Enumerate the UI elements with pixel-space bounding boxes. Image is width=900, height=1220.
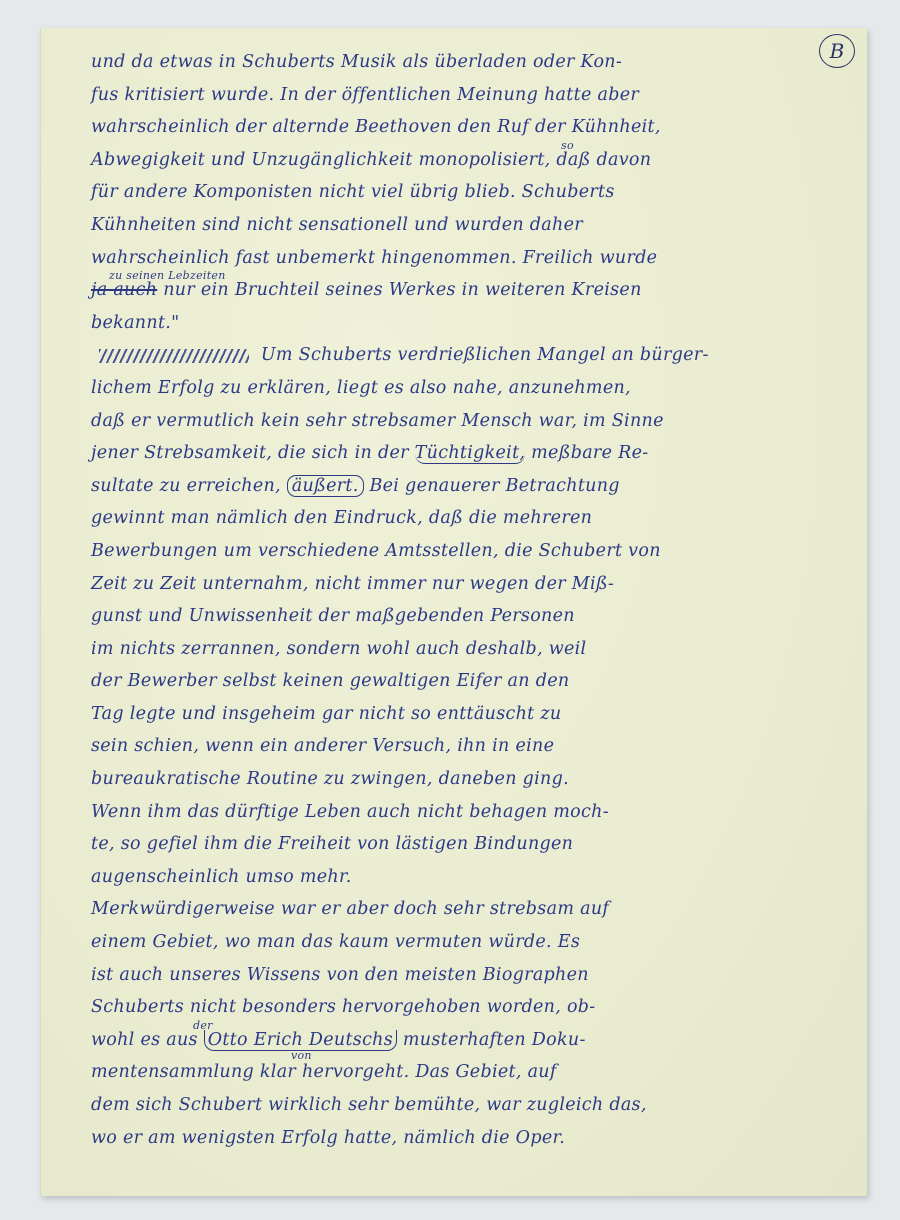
text-line: im nichts zerrannen, sondern wohl auch d…: [91, 633, 866, 666]
text-line: gewinnt man nämlich den Eindruck, daß di…: [91, 502, 866, 535]
text-line-content: nur ein Bruchteil seines Werkes in weite…: [163, 280, 641, 300]
text-line-content: Um Schuberts verdrießlichen Mangel an bü…: [261, 345, 709, 365]
text-line: von mentensammlung klar hervorgeht. Das …: [91, 1056, 866, 1089]
text-line: bureaukratische Routine zu zwingen, dane…: [91, 763, 866, 796]
text-line: einem Gebiet, wo man das kaum vermuten w…: [91, 926, 866, 959]
manuscript-page: B und da etwas in Schuberts Musik als üb…: [40, 28, 867, 1196]
text-line-content: Abwegigkeit und Unzugänglichkeit monopol…: [91, 150, 651, 170]
text-line: der Bewerber selbst keinen gewaltigen Ei…: [91, 665, 866, 698]
text-line-pre: sultate zu erreichen,: [91, 476, 281, 496]
text-line: Tag legte und insgeheim gar nicht so ent…: [91, 698, 866, 731]
bracketed-name: Otto Erich Deutschs: [204, 1030, 397, 1051]
text-line: zu seinen Lebzeiten ja auch nur ein Bruc…: [91, 274, 866, 307]
text-line: wahrscheinlich der alternde Beethoven de…: [91, 111, 866, 144]
text-line-content: mentensammlung klar hervorgeht. Das Gebi…: [91, 1062, 557, 1082]
text-line-post: Bei genauerer Betrachtung: [369, 476, 619, 496]
text-line: Wenn ihm das dürftige Leben auch nicht b…: [91, 796, 866, 829]
text-line-post: meßbare Re-: [531, 443, 648, 463]
text-line: Um Schuberts verdrießlichen Mangel an bü…: [91, 339, 866, 372]
text-line: gunst und Unwissenheit der maßgebenden P…: [91, 600, 866, 633]
text-line: daß er vermutlich kein sehr strebsamer M…: [91, 405, 866, 438]
text-line: te, so gefiel ihm die Freiheit von lästi…: [91, 828, 866, 861]
text-line: für andere Komponisten nicht viel übrig …: [91, 176, 866, 209]
text-line: ist auch unseres Wissens von den meisten…: [91, 959, 866, 992]
text-line: wo er am wenigsten Erfolg hatte, nämlich…: [91, 1122, 866, 1155]
text-line: bekannt.": [91, 307, 866, 340]
insertion-der: der: [193, 1020, 213, 1031]
scribbled-out-text: [99, 349, 249, 363]
insertion-so: so: [561, 140, 574, 151]
text-line: Zeit zu Zeit unternahm, nicht immer nur …: [91, 568, 866, 601]
text-line-pre: jener Strebsamkeit, die sich in der: [91, 443, 409, 463]
text-line: fus kritisiert wurde. In der öffentliche…: [91, 79, 866, 112]
text-line: augenscheinlich umso mehr.: [91, 861, 866, 894]
struck-text: ja auch: [91, 280, 157, 300]
text-line: so Abwegigkeit und Unzugänglichkeit mono…: [91, 144, 866, 177]
insertion-von: von: [291, 1050, 312, 1061]
text-line: jener Strebsamkeit, die sich in der Tüch…: [91, 437, 866, 470]
text-line: und da etwas in Schuberts Musik als über…: [91, 46, 866, 79]
text-line: sultate zu erreichen, äußert. Bei genaue…: [91, 470, 866, 503]
text-line: Merkwürdigerweise war er aber doch sehr …: [91, 893, 866, 926]
text-line: Kühnheiten sind nicht sensationell und w…: [91, 209, 866, 242]
text-line: sein schien, wenn ein anderer Versuch, i…: [91, 730, 866, 763]
handwritten-text-body: und da etwas in Schuberts Musik als über…: [91, 46, 866, 1154]
underlined-word: Tüchtigkeit,: [415, 443, 526, 464]
text-line-post: musterhaften Doku-: [403, 1030, 586, 1050]
text-line-pre: wohl es aus: [91, 1030, 198, 1050]
circled-word: äußert.: [287, 475, 364, 497]
text-line: lichem Erfolg zu erklären, liegt es also…: [91, 372, 866, 405]
text-line: Bewerbungen um verschiedene Amtsstellen,…: [91, 535, 866, 568]
text-line: der wohl es aus Otto Erich Deutschs must…: [91, 1024, 866, 1057]
insertion-zu-seinen-lebzeiten: zu seinen Lebzeiten: [109, 270, 226, 281]
text-line: dem sich Schubert wirklich sehr bemühte,…: [91, 1089, 866, 1122]
